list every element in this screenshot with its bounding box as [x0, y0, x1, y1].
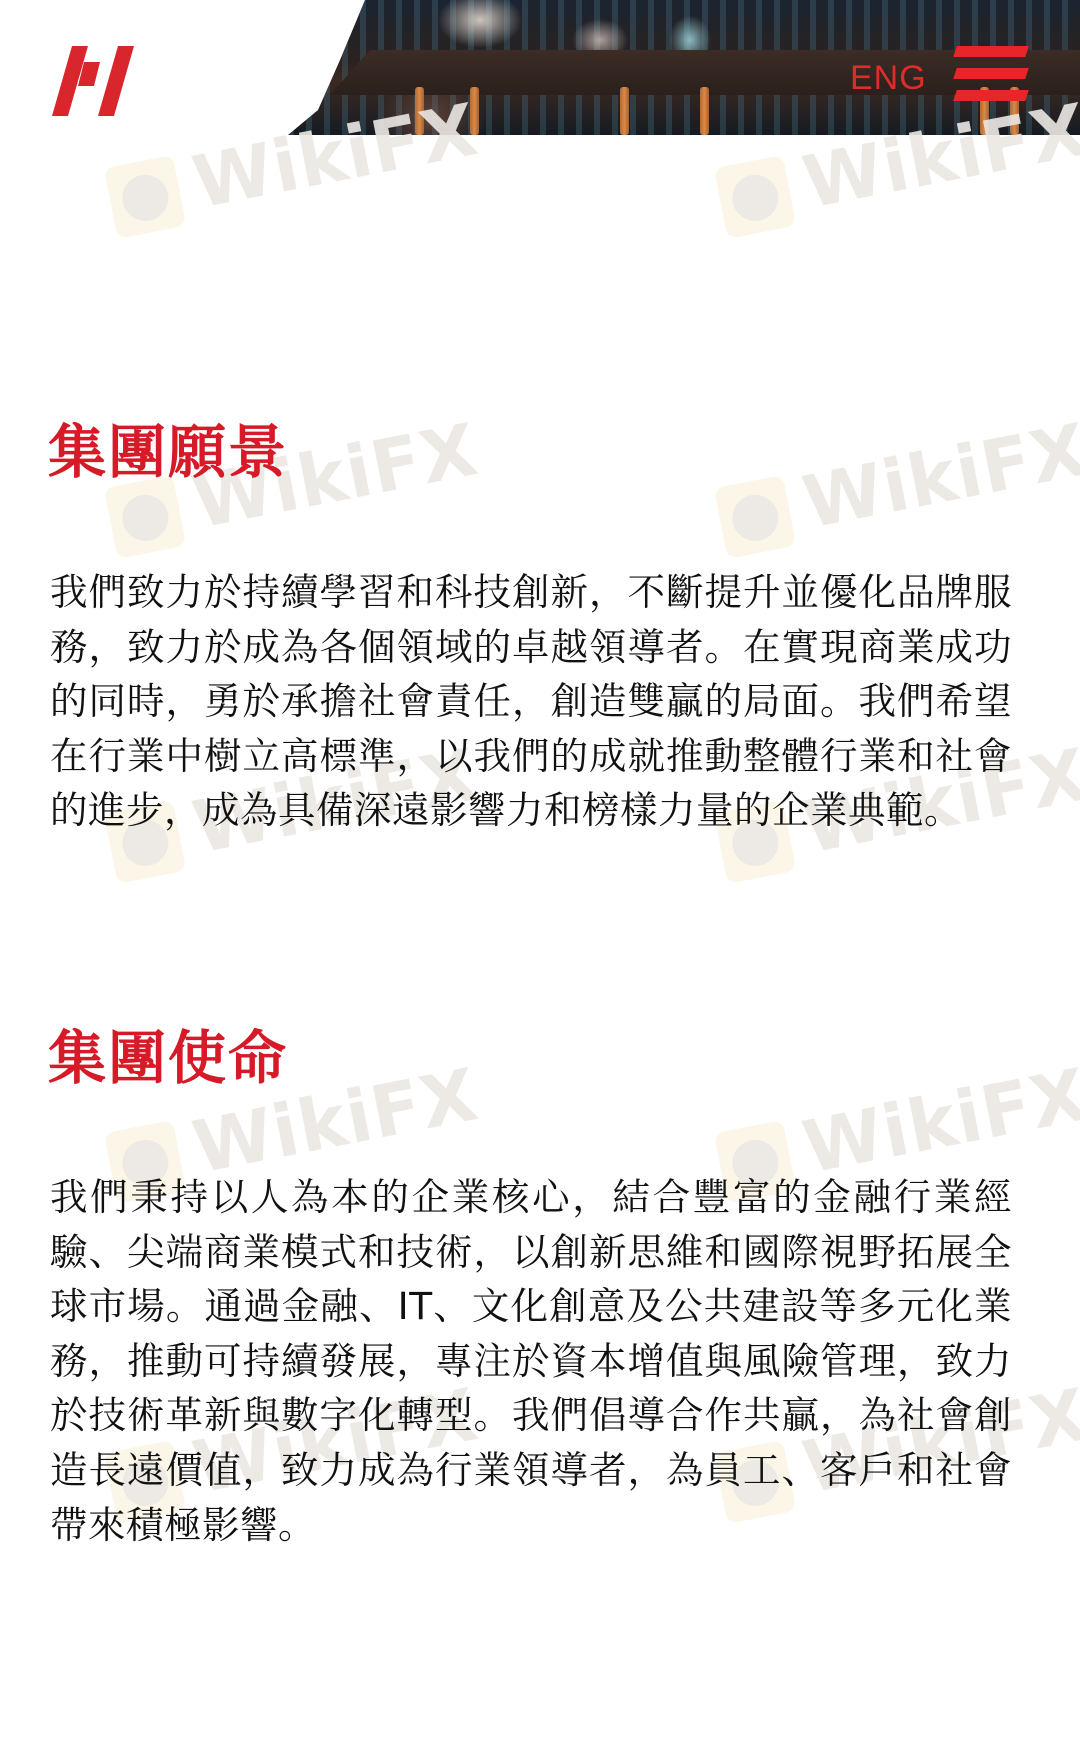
brand-logo-icon [48, 42, 148, 120]
menu-bar [953, 90, 1029, 101]
eagle-badge-icon [104, 155, 186, 239]
photo-chair-leg [470, 87, 479, 135]
eagle-badge-icon [104, 475, 186, 559]
language-toggle[interactable]: ENG [850, 60, 927, 96]
hamburger-menu-icon[interactable] [955, 42, 1033, 104]
brand-logo[interactable] [48, 42, 148, 120]
watermark: WikiFX [713, 427, 1023, 563]
photo-chair-leg [700, 87, 709, 135]
site-header: ENG [0, 0, 1080, 135]
section-title-mission: 集團使命 [48, 1026, 288, 1090]
section-body-vision: 我們致力於持續學習和科技創新，不斷提升並優化品牌服務，致力於成為各個領域的卓越領… [50, 565, 1012, 838]
menu-bar [953, 46, 1029, 57]
photo-chair-leg [415, 87, 424, 135]
photo-chair-leg [620, 87, 629, 135]
section-title-vision: 集團願景 [48, 420, 288, 484]
menu-bar [953, 68, 1029, 79]
section-body-mission: 我們秉持以人為本的企業核心，結合豐富的金融行業經驗、尖端商業模式和技術，以創新思… [50, 1170, 1012, 1552]
eagle-badge-icon [714, 475, 796, 559]
eagle-badge-icon [714, 155, 796, 239]
